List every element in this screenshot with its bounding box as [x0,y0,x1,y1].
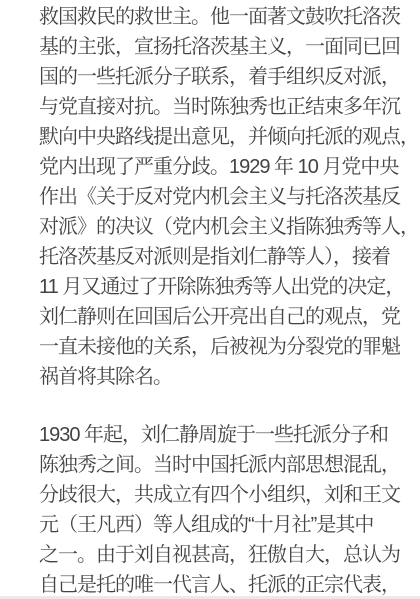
text-line: 托洛茨基反对派则是指刘仁静等人），接着 [39,242,395,272]
text-line: 祸首将其除名。 [39,362,395,392]
paragraph: 1930 年起，刘仁静周旋于一些托派分子和陈独秀之间。当时中国托派内部思想混乱，… [39,420,395,599]
text-line: 之一。由于刘自视甚高，狂傲自大，总认为 [39,540,395,570]
text-line: 作出《关于反对党内机会主义与托洛茨基反 [39,182,395,212]
text-line: 基的主张，宣扬托洛茨基主义，一面同已回 [39,32,395,62]
text-line: 与党直接对抗。当时陈独秀也正结束多年沉 [39,92,395,122]
text-line: 国的一些托派分子联系，着手组织反对派， [39,62,395,92]
text-line: 自己是托的唯一代言人、托派的正宗代表， [39,570,395,599]
paragraph: 救国救民的救世主。他一面著文鼓吹托洛茨基的主张，宣扬托洛茨基主义，一面同已回国的… [39,2,395,392]
article-text: 救国救民的救世主。他一面著文鼓吹托洛茨基的主张，宣扬托洛茨基主义，一面同已回国的… [39,2,395,599]
text-line: 默向中央路线提出意见，并倾向托派的观点， [39,122,395,152]
text-line: 陈独秀之间。当时中国托派内部思想混乱， [39,450,395,480]
text-line: 对派》的决议（党内机会主义指陈独秀等人， [39,212,395,242]
text-line: 一直未接他的关系，后被视为分裂党的罪魁 [39,332,395,362]
text-line: 分歧很大，共成立有四个小组织，刘和王文 [39,480,395,510]
text-line: 刘仁静则在回国后公开亮出自己的观点，党 [39,302,395,332]
text-line: 党内出现了严重分歧。1929 年 10 月党中央 [39,152,395,182]
text-line: 元（王凡西）等人组成的“十月社”是其中 [39,510,395,540]
article-page: 救国救民的救世主。他一面著文鼓吹托洛茨基的主张，宣扬托洛茨基主义，一面同已回国的… [0,0,420,599]
text-line: 1930 年起，刘仁静周旋于一些托派分子和 [39,420,395,450]
text-line: 11 月又通过了开除陈独秀等人出党的决定， [39,272,395,302]
text-line: 救国救民的救世主。他一面著文鼓吹托洛茨 [39,2,395,32]
